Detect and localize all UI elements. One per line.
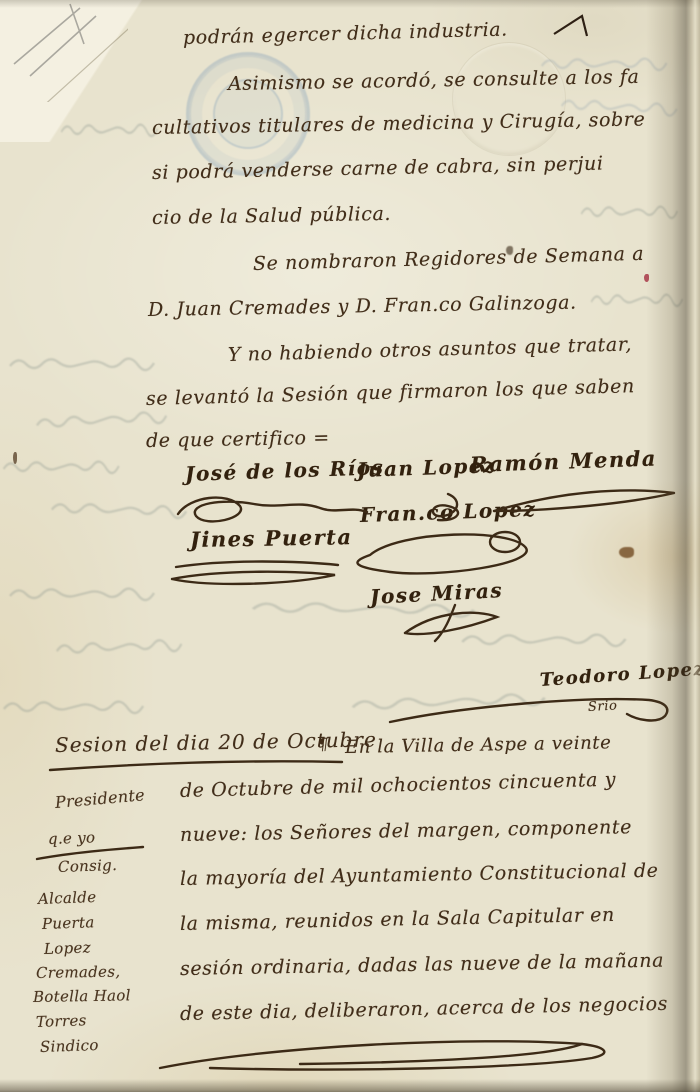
margin-item: Botella Haol bbox=[33, 986, 131, 1006]
closing-rubric-flourish bbox=[150, 1028, 625, 1080]
stray-ink-mark bbox=[552, 12, 596, 40]
page-right-edge bbox=[646, 0, 700, 1092]
ink-bleedthrough-line bbox=[2, 695, 147, 719]
brown-ink-stain bbox=[619, 547, 634, 558]
ink-bleedthrough-line bbox=[580, 200, 680, 224]
signature-teodoro-lopez: Teodoro Lopez bbox=[539, 658, 700, 690]
margin-item: Sindico bbox=[40, 1036, 99, 1056]
ink-bleedthrough-line bbox=[60, 118, 160, 142]
margin-item: Torres bbox=[36, 1011, 87, 1031]
margin-item: Alcalde bbox=[38, 888, 97, 908]
text-line: la mayoría del Ayuntamiento Constitucion… bbox=[180, 860, 659, 890]
ink-dash-mark bbox=[13, 452, 17, 464]
pencil-marks bbox=[8, 2, 128, 102]
page-bottom-edge bbox=[0, 1079, 700, 1092]
margin-item: Lopez bbox=[44, 938, 91, 958]
ink-bleedthrough-line bbox=[2, 455, 122, 479]
text-line: Se nombraron Regidores de Semana a bbox=[253, 243, 645, 275]
heading-underline bbox=[48, 758, 346, 774]
text-line: En la Villa de Aspe a veinte bbox=[345, 732, 612, 758]
signature-rubric-flourish bbox=[168, 555, 346, 597]
red-ink-speck bbox=[644, 274, 649, 282]
signature-rubric-flourish bbox=[395, 603, 507, 645]
signature-rubric-flourish bbox=[492, 485, 680, 521]
text-line: D. Juan Cremades y D. Fran.co Galinzoga. bbox=[148, 292, 577, 321]
margin-item: Puerta bbox=[42, 913, 95, 933]
signature-rubric-flourish bbox=[385, 692, 677, 734]
text-line: Y no habiendo otros asuntos que tratar, bbox=[228, 333, 633, 366]
text-line: sesión ordinaria, dadas las nueve de la … bbox=[180, 950, 664, 980]
ink-bleedthrough-line bbox=[8, 352, 158, 376]
text-line: podrán egercer dicha industria. bbox=[183, 18, 508, 48]
manuscript-page: podrán egercer dicha industria. Asimismo… bbox=[0, 0, 700, 1092]
heading-paragraph-mark: ¶ bbox=[317, 734, 329, 754]
margin-item: Cremades, bbox=[36, 963, 121, 982]
text-line: cio de la Salud pública. bbox=[152, 203, 391, 229]
margin-item: Presidente bbox=[54, 785, 145, 812]
signature-jose-de-los-rios: José de los Ríos bbox=[185, 455, 385, 486]
ink-bleedthrough-line bbox=[590, 288, 685, 312]
text-line: de que certifico = bbox=[146, 427, 330, 452]
text-line: de este dia, deliberaron, acerca de los … bbox=[180, 993, 668, 1025]
text-line: se levantó la Sesión que firmaron los qu… bbox=[146, 375, 635, 410]
margin-overline-flourish bbox=[35, 845, 147, 863]
ink-bleedthrough-line bbox=[8, 582, 158, 606]
signature-ramon-menda: Ramón Menda bbox=[470, 445, 658, 477]
ink-splatter bbox=[506, 246, 513, 255]
ink-bleedthrough-line bbox=[55, 633, 186, 662]
signature-rubric-flourish bbox=[340, 520, 545, 584]
text-line: la misma, reunidos en la Sala Capitular … bbox=[180, 904, 615, 935]
text-line: nueve: los Señores del margen, component… bbox=[180, 816, 632, 846]
